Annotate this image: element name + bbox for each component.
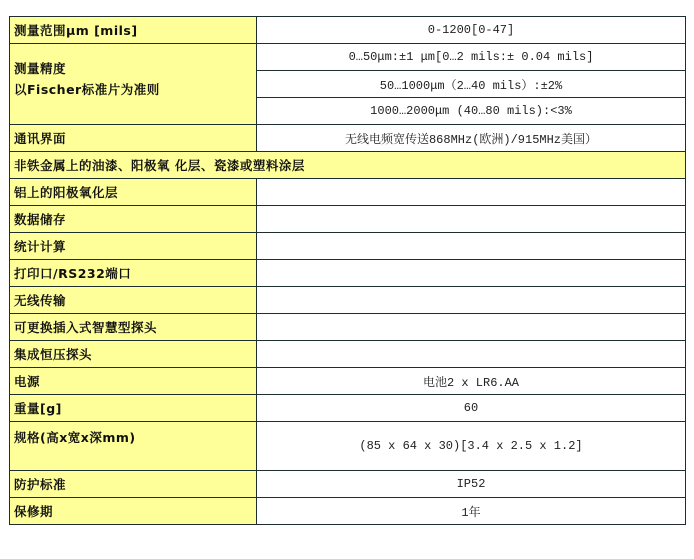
accuracy-value-2: 50…1000μm（2…40 mils）:±2% <box>257 71 686 98</box>
wireless-value <box>257 287 686 314</box>
power-value: 电池2 x LR6.AA <box>257 368 686 395</box>
printer-value <box>257 260 686 287</box>
protection-label: 防护标准 <box>10 471 257 498</box>
table-row-storage: 数据储存 <box>10 206 686 233</box>
storage-value <box>257 206 686 233</box>
anodized-value <box>257 179 686 206</box>
table-row-range: 测量范围μm [mils] 0-1200[0-47] <box>10 17 686 44</box>
probe-swap-value <box>257 314 686 341</box>
spec-table: 测量范围μm [mils] 0-1200[0-47] 测量精度 以Fischer… <box>9 16 686 525</box>
printer-label: 打印口/RS232端口 <box>10 260 257 287</box>
table-row-dimensions: 规格(高x宽x深mm) (85 x 64 x 30)[3.4 x 2.5 x 1… <box>10 422 686 471</box>
protection-value: IP52 <box>257 471 686 498</box>
storage-label: 数据储存 <box>10 206 257 233</box>
accuracy-value-3: 1000…2000μm (40…80 mils):<3% <box>257 98 686 125</box>
table-row-accuracy-1: 测量精度 以Fischer标准片为准则 0…50μm:±1 μm[0…2 mil… <box>10 44 686 71</box>
accuracy-value-1: 0…50μm:±1 μm[0…2 mils:± 0.04 mils] <box>257 44 686 71</box>
table-row-anodized: 铝上的阳极氧化层 <box>10 179 686 206</box>
accuracy-label: 测量精度 以Fischer标准片为准则 <box>10 44 257 125</box>
anodized-label: 铝上的阳极氧化层 <box>10 179 257 206</box>
stats-label: 统计计算 <box>10 233 257 260</box>
comm-value: 无线电频宽传送868MHz(欧洲)/915MHz美国） <box>257 125 686 152</box>
table-row-protection: 防护标准 IP52 <box>10 471 686 498</box>
table-row-wireless: 无线传输 <box>10 287 686 314</box>
table-row-probe-integrated: 集成恒压探头 <box>10 341 686 368</box>
table-row-printer: 打印口/RS232端口 <box>10 260 686 287</box>
table-row-weight: 重量[g] 60 <box>10 395 686 422</box>
range-value: 0-1200[0-47] <box>257 17 686 44</box>
wireless-label: 无线传输 <box>10 287 257 314</box>
accuracy-label-line1: 测量精度 <box>14 61 66 76</box>
range-label: 测量范围μm [mils] <box>10 17 257 44</box>
dimensions-value: (85 x 64 x 30)[3.4 x 2.5 x 1.2] <box>257 422 686 471</box>
power-label: 电源 <box>10 368 257 395</box>
probe-integrated-label: 集成恒压探头 <box>10 341 257 368</box>
warranty-value: 1年 <box>257 498 686 525</box>
table-row-section: 非铁金属上的油漆、阳极氧 化层、瓷漆或塑料涂层 <box>10 152 686 179</box>
stats-value <box>257 233 686 260</box>
dimensions-label: 规格(高x宽x深mm) <box>10 422 257 471</box>
table-row-power: 电源 电池2 x LR6.AA <box>10 368 686 395</box>
accuracy-label-line2: 以Fischer标准片为准则 <box>14 82 160 97</box>
probe-swap-label: 可更换插入式智慧型探头 <box>10 314 257 341</box>
weight-label: 重量[g] <box>10 395 257 422</box>
section-heading: 非铁金属上的油漆、阳极氧 化层、瓷漆或塑料涂层 <box>10 152 686 179</box>
table-row-stats: 统计计算 <box>10 233 686 260</box>
table-row-warranty: 保修期 1年 <box>10 498 686 525</box>
comm-label: 通讯界面 <box>10 125 257 152</box>
table-row-probe-swap: 可更换插入式智慧型探头 <box>10 314 686 341</box>
weight-value: 60 <box>257 395 686 422</box>
warranty-label: 保修期 <box>10 498 257 525</box>
probe-integrated-value <box>257 341 686 368</box>
table-row-comm: 通讯界面 无线电频宽传送868MHz(欧洲)/915MHz美国） <box>10 125 686 152</box>
